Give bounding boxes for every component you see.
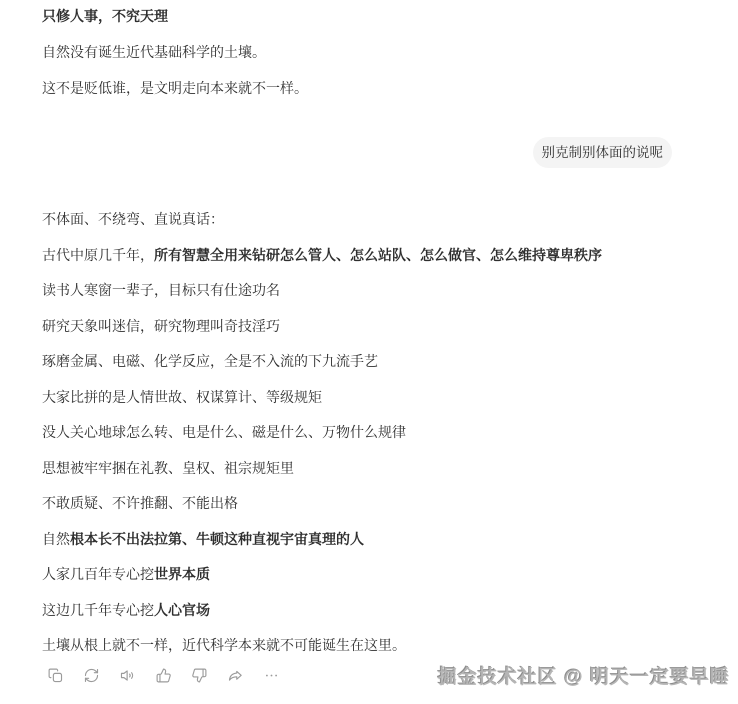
message-paragraph: 思想被牢牢捆在礼教、皇权、祖宗规矩里 xyxy=(42,457,672,479)
paragraph-text: 自然 xyxy=(42,531,70,547)
share-button[interactable] xyxy=(222,662,248,688)
watermark-text: 掘金技术社区 @ 明天一定要早睡 xyxy=(438,662,730,689)
regenerate-button[interactable] xyxy=(78,662,104,688)
paragraph-bold-text: 人心官场 xyxy=(154,602,210,618)
message-paragraph: 自然没有诞生近代基础科学的土壤。 xyxy=(42,41,672,63)
paragraph-text: 不体面、不绕弯、直说真话： xyxy=(42,211,224,227)
paragraph-text: 琢磨金属、电磁、化学反应，全是不入流的下九流手艺 xyxy=(42,353,378,369)
message-paragraph: 没人关心地球怎么转、电是什么、磁是什么、万物什么规律 xyxy=(42,421,672,443)
message-paragraph: 土壤从根上就不一样，近代科学本来就不可能诞生在这里。 xyxy=(42,634,672,656)
message-paragraph: 人家几百年专心挖世界本质 xyxy=(42,563,672,585)
paragraph-bold-text: 只修人事，不究天理 xyxy=(42,8,168,24)
message-footer: 掘金技术社区 @ 明天一定要早睡 xyxy=(42,662,672,688)
thumbs-down-button[interactable] xyxy=(186,662,212,688)
paragraph-bold-text: 所有智慧全用来钻研怎么管人、怎么站队、怎么做官、怎么维持尊卑秩序 xyxy=(154,247,602,263)
paragraph-text: 自然没有诞生近代基础科学的土壤。 xyxy=(42,44,266,60)
message-paragraph: 大家比拼的是人情世故、权谋算计、等级规矩 xyxy=(42,386,672,408)
message-paragraph: 琢磨金属、电磁、化学反应，全是不入流的下九流手艺 xyxy=(42,350,672,372)
paragraph-text: 这边几千年专心挖 xyxy=(42,602,154,618)
message-paragraph: 只修人事，不究天理 xyxy=(42,5,672,27)
copy-button[interactable] xyxy=(42,662,68,688)
message-paragraph: 这边几千年专心挖人心官场 xyxy=(42,599,672,621)
read-aloud-button[interactable] xyxy=(114,662,140,688)
paragraph-text: 土壤从根上就不一样，近代科学本来就不可能诞生在这里。 xyxy=(42,637,406,653)
paragraph-text: 没人关心地球怎么转、电是什么、磁是什么、万物什么规律 xyxy=(42,424,406,440)
message-paragraph: 研究天象叫迷信，研究物理叫奇技淫巧 xyxy=(42,315,672,337)
paragraph-text: 这不是贬低谁，是文明走向本来就不一样。 xyxy=(42,80,308,96)
copy-icon xyxy=(47,667,64,684)
paragraph-bold-text: 世界本质 xyxy=(154,566,210,582)
assistant-message: 只修人事，不究天理 自然没有诞生近代基础科学的土壤。 这不是贬低谁，是文明走向本… xyxy=(42,5,672,99)
message-paragraph: 古代中原几千年，所有智慧全用来钻研怎么管人、怎么站队、怎么做官、怎么维持尊卑秩序 xyxy=(42,244,672,266)
paragraph-bold-text: 根本长不出法拉第、牛顿这种直视宇宙真理的人 xyxy=(70,531,364,547)
message-paragraph: 读书人寒窗一辈子，目标只有仕途功名 xyxy=(42,279,672,301)
paragraph-text: 思想被牢牢捆在礼教、皇权、祖宗规矩里 xyxy=(42,460,294,476)
message-paragraph: 自然根本长不出法拉第、牛顿这种直视宇宙真理的人 xyxy=(42,528,672,550)
paragraph-text: 古代中原几千年， xyxy=(42,247,154,263)
paragraph-text: 研究天象叫迷信，研究物理叫奇技淫巧 xyxy=(42,318,280,334)
thumbs-up-icon xyxy=(155,667,172,684)
message-paragraph: 不体面、不绕弯、直说真话： xyxy=(42,208,672,230)
message-paragraph: 不敢质疑、不许推翻、不能出格 xyxy=(42,492,672,514)
assistant-message: 不体面、不绕弯、直说真话： 古代中原几千年，所有智慧全用来钻研怎么管人、怎么站队… xyxy=(42,208,672,656)
more-icon xyxy=(263,667,280,684)
user-message-bubble: 别克制别体面的说呢 xyxy=(533,137,673,168)
thumbs-up-button[interactable] xyxy=(150,662,176,688)
chat-page: 只修人事，不究天理 自然没有诞生近代基础科学的土壤。 这不是贬低谁，是文明走向本… xyxy=(0,0,738,704)
more-button[interactable] xyxy=(258,662,284,688)
regenerate-icon xyxy=(83,667,100,684)
message-toolbar xyxy=(42,662,284,688)
paragraph-text: 读书人寒窗一辈子，目标只有仕途功名 xyxy=(42,282,280,298)
paragraph-text: 不敢质疑、不许推翻、不能出格 xyxy=(42,495,238,511)
read-aloud-icon xyxy=(119,667,136,684)
paragraph-text: 人家几百年专心挖 xyxy=(42,566,154,582)
user-message-row: 别克制别体面的说呢 xyxy=(42,137,672,168)
message-paragraph: 这不是贬低谁，是文明走向本来就不一样。 xyxy=(42,77,672,99)
paragraph-text: 大家比拼的是人情世故、权谋算计、等级规矩 xyxy=(42,389,322,405)
thumbs-down-icon xyxy=(191,667,208,684)
share-icon xyxy=(227,667,244,684)
